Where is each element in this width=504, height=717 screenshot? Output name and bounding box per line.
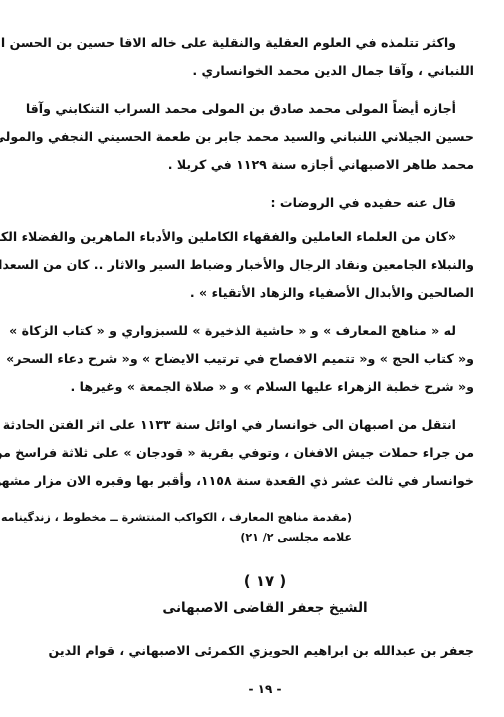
page-number: - ١٩ -: [56, 682, 474, 696]
paragraph-1-line-1: واكثر تتلمذه في العلوم العقلية والنقلية …: [56, 34, 474, 52]
source-citation-line-1: (مقدمة مناهج المعارف ، الكواكب المنتشرة …: [1, 510, 352, 526]
paragraph-6-line-2: من جراء حملات جيش الافغان ، وتوفي بقرية …: [56, 444, 474, 462]
quotation-line-3: الصالحين والأبدال الأصفياء والزهاد الأتق…: [56, 284, 474, 302]
paragraph-6-line-3: خوانسار في ثالث عشر ذي القعدة سنة ١١٥٨، …: [56, 472, 474, 490]
entry-first-line: جعفر بن عبدالله بن ابراهيم الحويزي الكمر…: [56, 642, 474, 660]
paragraph-5-line-2: و« كتاب الحج » و« تتميم الافصاح في ترتيب…: [56, 350, 474, 368]
paragraph-2-line-2: حسين الجيلاني اللنباني والسيد محمد جابر …: [56, 128, 474, 146]
paragraph-6-line-1: انتقل من اصبهان الى خوانسار في اوائل سنة…: [56, 416, 474, 434]
quotation-line-2: والنبلاء الجامعين ونقاد الرجال والأخبار …: [56, 256, 474, 274]
paragraph-1-line-2: اللنباني ، وآقا جمال الدين محمد الخوانسا…: [56, 62, 474, 80]
paragraph-5-line-3: و« شرح خطبة الزهراء عليها السلام » و « ص…: [56, 378, 474, 396]
entry-number: ( ١٧ ): [56, 572, 474, 590]
paragraph-5-line-1: له « مناهج المعارف » و « حاشية الذخيرة »…: [56, 322, 474, 340]
source-citation-line-2: علامه مجلسی ٢/ ٢١): [240, 530, 352, 546]
paragraph-2-line-1: أجازه أيضاً المولى محمد صادق بن المولى م…: [56, 100, 474, 118]
quotation-line-1: «كان من العلماء العاملين والفقهاء الكامل…: [56, 228, 474, 246]
paragraph-2-line-3: محمد طاهر الاصبهاني أجازه سنة ١١٢٩ في كر…: [56, 156, 474, 174]
paragraph-3-line-1: قال عنه حفيده في الروضات :: [56, 194, 474, 212]
entry-title: الشيخ جعفر القاضى الاصبهانى: [56, 600, 474, 616]
